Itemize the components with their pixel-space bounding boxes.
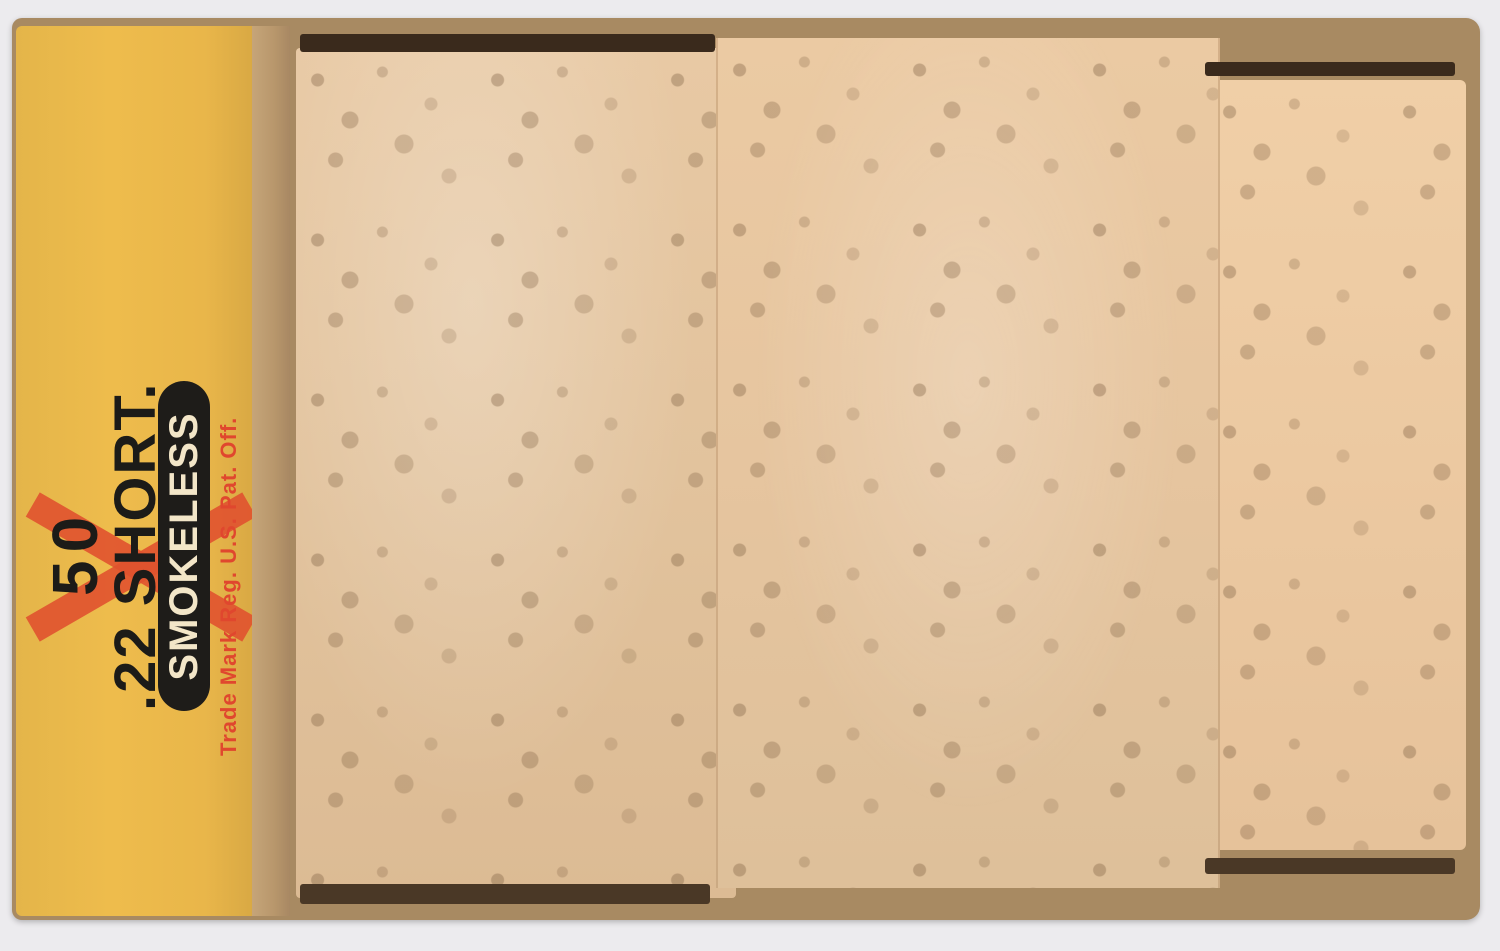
trademark-text: Trade Mark Reg. U.S. Pat. Off. — [216, 417, 242, 756]
box-opening-top-right-gap — [1205, 62, 1455, 76]
end-label: 50 .22 SHORT. SMOKELESS Trade Mark Reg. … — [16, 26, 252, 916]
paper-sleeve-band — [716, 38, 1220, 888]
box-end-flap — [250, 26, 290, 916]
box-opening-top-gap — [300, 34, 715, 52]
paper-wrap-right-panel — [1208, 80, 1466, 850]
box-opening-bottom-gap — [300, 884, 710, 904]
smokeless-badge: SMOKELESS — [158, 381, 210, 711]
box-opening-bottom-right-gap — [1205, 858, 1455, 874]
smokeless-text: SMOKELESS — [162, 411, 207, 680]
round-count: 50 — [38, 509, 112, 596]
paper-wrap-left-panel — [296, 48, 736, 898]
